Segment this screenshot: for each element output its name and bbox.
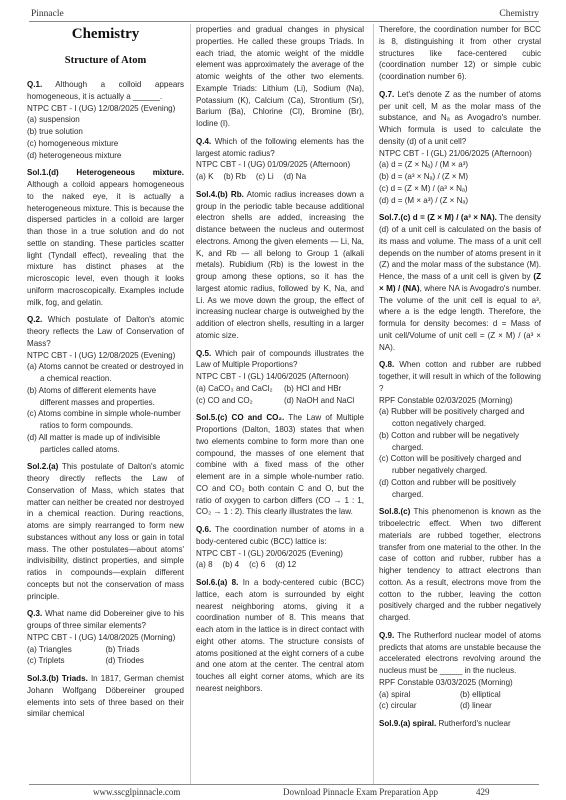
- question-5: Q.5. Which pair of compounds illustrates…: [196, 348, 364, 407]
- page-number: 429: [476, 787, 490, 797]
- option-c: (c) 6: [249, 559, 265, 571]
- option-d: (d) Na: [284, 171, 306, 183]
- solution-label: Sol.9.(a) spiral.: [379, 719, 436, 728]
- page-title: Chemistry: [27, 24, 184, 44]
- solution-6-continued: Therefore, the coordination number for B…: [379, 24, 541, 83]
- solution-1: Sol.1.(d) Heterogeneous mixture. Althoug…: [27, 167, 184, 308]
- column-3: Therefore, the coordination number for B…: [379, 24, 541, 784]
- option-d: (d) All matter is made up of indivisible…: [27, 432, 184, 456]
- solution-text: Although a colloid appears homogeneous t…: [27, 180, 184, 307]
- question-text: Which postulate of Dalton's atomic theor…: [27, 315, 184, 348]
- footer-website-link[interactable]: www.sscglpinnacle.com: [93, 787, 180, 797]
- option-a: (a) suspension: [27, 114, 184, 126]
- solution-3: Sol.3.(b) Triads. In 1817, German chemis…: [27, 673, 184, 720]
- option-a: (a) Rubber will be positively charged an…: [379, 406, 541, 430]
- question-2: Q.2. Which postulate of Dalton's atomic …: [27, 314, 184, 455]
- option-c: (c) CO and CO₂: [196, 395, 284, 407]
- question-source: NTPC CBT - I (GL) 21/06/2025 (Afternoon): [379, 148, 541, 160]
- solution-label: Sol.2.(a): [27, 462, 58, 471]
- option-d: (d) linear: [460, 700, 541, 712]
- question-source: NTPC CBT - I (GL) 14/06/2025 (Afternoon): [196, 371, 364, 383]
- option-c: (c) Triplets: [27, 655, 106, 667]
- option-c: (c) homogeneous mixture: [27, 138, 184, 150]
- option-c: (c) Cotton will be positively charged an…: [379, 453, 541, 477]
- option-c: (c) d = (Z × M) / (a³ × Nₐ): [379, 183, 541, 195]
- solution-label: Sol.8.(c): [379, 507, 410, 516]
- column-2: properties and gradual changes in physic…: [196, 24, 364, 784]
- question-8: Q.8. When cotton and rubber are rubbed t…: [379, 359, 541, 500]
- solution-3-continued: properties and gradual changes in physic…: [196, 24, 364, 130]
- question-1: Q.1. Although a colloid appears homogene…: [27, 79, 184, 161]
- question-label: Q.2.: [27, 315, 42, 324]
- option-c: (c) circular: [379, 700, 460, 712]
- option-d: (d) Triodes: [106, 655, 185, 667]
- option-a: (a) Atoms cannot be created or destroyed…: [27, 361, 184, 385]
- option-a: (a) spiral: [379, 689, 460, 701]
- solution-label: Sol.6.(a) 8.: [196, 578, 238, 587]
- option-c: (c) Li: [256, 171, 274, 183]
- solution-8: Sol.8.(c) This phenomenon is known as th…: [379, 506, 541, 624]
- solution-label: Sol.7.(c) d = (Z × M) / (a³ × NA).: [379, 213, 497, 222]
- option-c: (c) Atoms combine in simple whole-number…: [27, 408, 184, 432]
- header-divider: [29, 21, 539, 22]
- option-b: (b) true solution: [27, 126, 184, 138]
- option-b: (b) Cotton and rubber will be negatively…: [379, 430, 541, 454]
- option-d: (d) heterogeneous mixture: [27, 150, 184, 162]
- solution-text: The Law of Multiple Proportions (Dalton,…: [196, 413, 364, 516]
- solution-5: Sol.5.(c) CO and CO₂. The Law of Multipl…: [196, 412, 364, 518]
- question-label: Q.3.: [27, 609, 42, 618]
- option-a: (a) 8: [196, 559, 213, 571]
- question-text: Which of the following elements has the …: [196, 137, 364, 158]
- option-d: (d) Cotton and rubber will be positively…: [379, 477, 541, 501]
- option-d: (d) d = (M × a³) / (Z × Nₐ): [379, 195, 541, 207]
- option-d: (d) 12: [275, 559, 296, 571]
- question-text: The coordination number of atoms in a bo…: [196, 525, 364, 546]
- question-3: Q.3. What name did Dobereiner give to hi…: [27, 608, 184, 667]
- question-6: Q.6. The coordination number of atoms in…: [196, 524, 364, 571]
- question-9: Q.9. The Rutherford nuclear model of ato…: [379, 630, 541, 712]
- solution-text: This phenomenon is known as the triboele…: [379, 507, 541, 622]
- solution-label: Sol.4.(b) Rb.: [196, 190, 244, 199]
- solution-4: Sol.4.(b) Rb. Atomic radius increases do…: [196, 189, 364, 342]
- page-header: Pinnacle Chemistry: [27, 6, 539, 22]
- question-4: Q.4. Which of the following elements has…: [196, 136, 364, 183]
- question-label: Q.1.: [27, 80, 42, 89]
- solution-label: Sol.1.(d) Heterogeneous mixture.: [27, 168, 184, 177]
- question-source: RPF Constable 02/03/2025 (Morning): [379, 395, 541, 407]
- question-label: Q.4.: [196, 137, 211, 146]
- option-b: (b) HCl and HBr: [284, 383, 364, 395]
- option-a: (a) d = (Z × Nₐ) / (M × a³): [379, 159, 541, 171]
- header-brand: Pinnacle: [31, 9, 64, 19]
- question-source: NTPC CBT - I (GL) 20/06/2025 (Evening): [196, 548, 364, 560]
- solution-text: properties and gradual changes in physic…: [196, 24, 364, 130]
- header-subject: Chemistry: [499, 9, 539, 19]
- question-source: NTPC CBT - I (UG) 12/08/2025 (Evening): [27, 350, 184, 362]
- question-source: NTPC CBT - I (UG) 01/09/2025 (Afternoon): [196, 159, 364, 171]
- solution-text: This postulate of Dalton's atomic theory…: [27, 462, 184, 600]
- solution-6: Sol.6.(a) 8. In a body-centered cubic (B…: [196, 577, 364, 695]
- option-b: (b) Rb: [223, 171, 245, 183]
- question-label: Q.7.: [379, 90, 394, 99]
- column-1: Chemistry Structure of Atom Q.1. Althoug…: [27, 24, 184, 784]
- option-b: (b) Triads: [106, 644, 185, 656]
- option-b: (b) Atoms of different elements have dif…: [27, 385, 184, 409]
- footer-app-promo: Download Pinnacle Exam Preparation App: [283, 787, 438, 797]
- option-a: (a) Triangles: [27, 644, 106, 656]
- solution-text: Rutherford's nuclear: [436, 719, 510, 728]
- question-text: Although a colloid appears homogeneous, …: [27, 80, 184, 101]
- solution-label: Sol.5.(c) CO and CO₂.: [196, 413, 284, 422]
- option-b: (b) elliptical: [460, 689, 541, 701]
- page-footer: www.sscglpinnacle.com Download Pinnacle …: [0, 787, 566, 799]
- option-d: (d) NaOH and NaCl: [284, 395, 364, 407]
- solution-text: In a body-centered cubic (BCC) lattice, …: [196, 578, 364, 693]
- question-label: Q.5.: [196, 349, 211, 358]
- question-text: Which pair of compounds illustrates the …: [196, 349, 364, 370]
- solution-text: The density (d) of a unit cell is calcul…: [379, 213, 541, 281]
- solution-text: Therefore, the coordination number for B…: [379, 24, 541, 83]
- column-divider: [373, 24, 374, 784]
- question-label: Q.6.: [196, 525, 211, 534]
- footer-divider: [29, 784, 539, 785]
- option-b: (b) 4: [223, 559, 240, 571]
- question-label: Q.9.: [379, 631, 394, 640]
- question-source: NTPC CBT - I (UG) 14/08/2025 (Morning): [27, 632, 184, 644]
- solution-7: Sol.7.(c) d = (Z × M) / (a³ × NA). The d…: [379, 212, 541, 353]
- question-7: Q.7. Let's denote Z as the number of ato…: [379, 89, 541, 207]
- question-text: When cotton and rubber are rubbed togeth…: [379, 360, 541, 393]
- chapter-title: Structure of Atom: [27, 54, 184, 68]
- question-source: NTPC CBT - I (UG) 12/08/2025 (Evening): [27, 103, 184, 115]
- question-source: RPF Constable 03/03/2025 (Morning): [379, 677, 541, 689]
- option-a: (a) CaCO₃ and CaCl₂: [196, 383, 284, 395]
- solution-text: Atomic radius increases down a group in …: [196, 190, 364, 340]
- question-text: The Rutherford nuclear model of atoms pr…: [379, 631, 541, 675]
- option-a: (a) K: [196, 171, 213, 183]
- solution-9: Sol.9.(a) spiral. Rutherford's nuclear: [379, 718, 541, 730]
- question-text: Let's denote Z as the number of atoms pe…: [379, 90, 541, 146]
- column-divider: [190, 24, 191, 784]
- question-label: Q.8.: [379, 360, 394, 369]
- option-b: (b) d = (a³ × Nₐ) / (Z × M): [379, 171, 541, 183]
- question-text: What name did Dobereiner give to his gro…: [27, 609, 184, 630]
- solution-text: , where NA is Avogadro's number. The vol…: [379, 284, 541, 352]
- solution-2: Sol.2.(a) This postulate of Dalton's ato…: [27, 461, 184, 602]
- solution-label: Sol.3.(b) Triads.: [27, 674, 88, 683]
